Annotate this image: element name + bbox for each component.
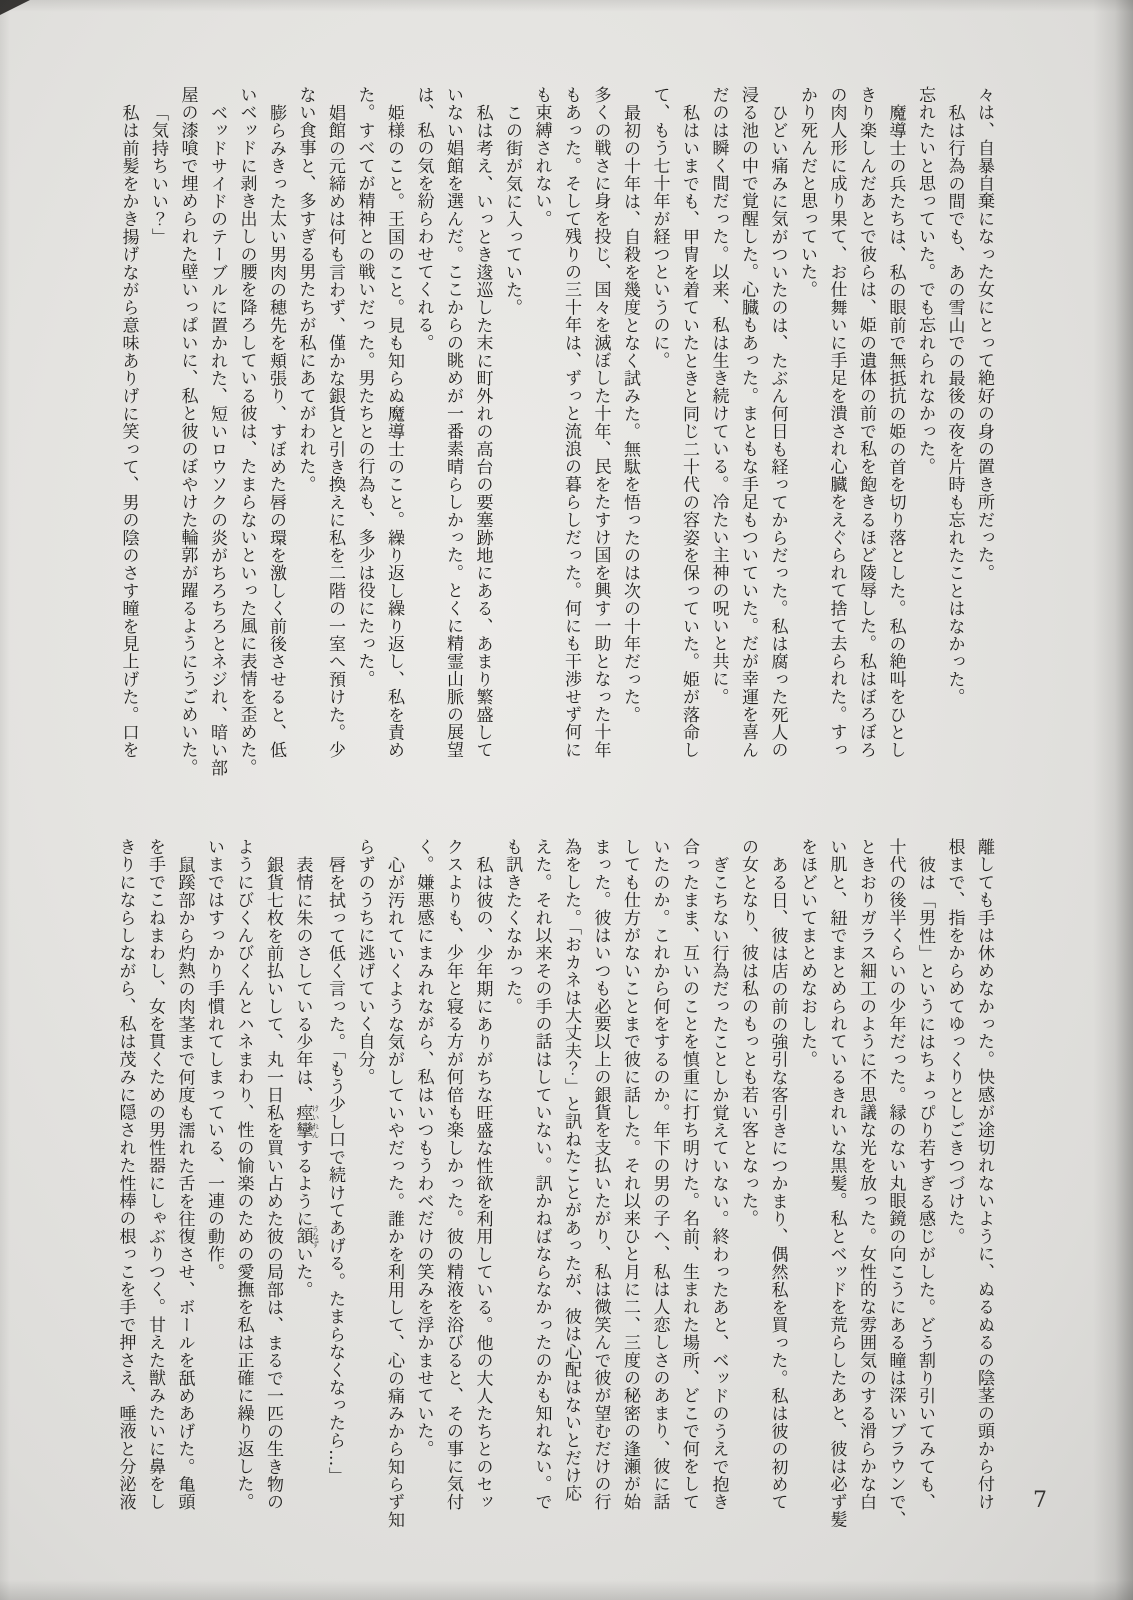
text-column: 私はいまでも、甲冑を着ていたときと同じ二十代の容姿を保っていた。姫が落命し [674,86,704,780]
text-column: いまではすっかり手慣れてしまっている、一連の動作。 [199,838,229,1532]
text-column: きりにならしながら、私は茂みに隠された性棒の根っこを手で押さえ、唾液と分泌液 [110,838,140,1532]
page-edge-shadow-right [1093,0,1133,1600]
text-column: 膨らみきった太い男肉の穂先を頬張り、すぼめた唇の環を激しく前後させると、低 [261,86,291,780]
text-column: 銀貨七枚を前払いして、丸一日私を買い占めた彼の局部は、まるで一匹の生き物の [258,838,288,1532]
text-column: ない食事と、多すぎる男たちが私にあてがわれた。 [290,86,320,780]
text-column: かり死んだと思っていた。 [792,86,822,780]
text-column: いたのか。これから何をするのか。年下の男の子へ、私は人恋しさのあまり、彼に話 [644,838,674,1532]
text-column: て、もう七十年が経つというのに。 [644,86,674,780]
text-column: も訊きたくなかった。 [497,838,527,1532]
text-column: クスよりも、少年と寝る方が何倍も楽しかった。彼の精液を浴びると、その事に気付 [438,838,468,1532]
text-column: 心が汚れていくような気がしていやだった。誰かを利用して、心の痛みから知らず知 [379,838,409,1532]
text-column: 私は彼の、少年期にありがちな旺盛な性欲を利用している。他の大人たちとのセッ [467,838,497,1532]
text-column: まった。彼はいつも必要以上の銀貨を支払いたがり、私は微笑んで彼が望むだけの行 [585,838,615,1532]
text-column: 々は、自暴自棄になった女にとって絶好の身の置き所だった。 [969,86,999,780]
text-column: 十代の後半くらいの少年だった。縁のない丸眼鏡の向こうにある瞳は深いブラウンで、 [880,838,910,1532]
text-column: 根まで、指をからめてゆっくりとしごきつづけた。 [939,838,969,1532]
text-column: もあった。そして残りの三十年は、ずっと流浪の暮らしだった。何にも干渉せず何に [556,86,586,780]
text-column: 「気持ちいい？」 [143,86,173,780]
text-column: をほどいてまとめなおした。 [792,838,822,1532]
text-column: 忘れたいと思っていた。でも忘れられなかった。 [910,86,940,780]
text-column: だのは瞬く間だった。以来、私は生き続けている。冷たい主神の呪いと共に。 [703,86,733,780]
text-column: 為をした。「おカネは大丈夫？」と訊ねたことがあったが、彼は心配はないとだけ応 [556,838,586,1532]
text-block-top: 々は、自暴自棄になった女にとって絶好の身の置き所だった。私は行為の間でも、あの雪… [113,86,998,780]
page-number: 7 [1020,1488,1060,1513]
scanned-page: 々は、自暴自棄になった女にとって絶好の身の置き所だった。私は行為の間でも、あの雪… [0,0,1133,1600]
text-column: 合ったまま、互いのことを慎重に打ち明けた。名前、生まれた場所、どこで何をして [674,838,704,1532]
page-edge-shadow-top [0,0,1133,12]
text-column: 浸る池の中で覚醒した。心臓もあった。まともな手足もついていた。だが幸運を喜ん [733,86,763,780]
text-column: 鼠蹊部から灼熱の肉茎まで何度も濡れた舌を往復させ、ボールを舐めあげた。亀頭 [169,838,199,1532]
text-column: 唇を拭って低く言った。「もう少し口で続けてあげる。たまらなくなったら…」 [320,838,350,1532]
text-column: いない娼館を選んだ。ここからの眺めが一番素晴らしかった。とくに精霊山脈の展望 [438,86,468,780]
text-column: ときおりガラス細工のように不思議な光を放った。女性的な雰囲気のする滑らかな白 [851,838,881,1532]
text-column: えた。それ以来その手の話はしていない。訊かねばならなかったのかも知れない。で [526,838,556,1532]
text-column: の女となり、彼は私のもっとも若い客となった。 [733,838,763,1532]
text-column: た。すべてが精神との戦いだった。男たちとの行為も、多少は役にたった。 [349,86,379,780]
text-column: しても仕方がないことまで彼に話した。それ以来ひと月に二、三度の秘密の逢瀬が始 [615,838,645,1532]
text-column: の肉人形に成り果て、お仕舞いに手足を潰され心臓をえぐられて捨て去られた。すっ [821,86,851,780]
text-column: く。嫌悪感にまみれながら、私はいつもうわべだけの笑みを浮かませていた。 [408,838,438,1532]
page-edge-shadow-bottom [0,1580,1133,1600]
text-column: 彼は「男性」というにはちょっぴり若すぎる感じがした。どう割り引いてみても、 [910,838,940,1532]
text-column: 最初の十年は、自殺を幾度となく試みた。無駄を悟ったのは次の十年だった。 [615,86,645,780]
text-column: 私は行為の間でも、あの雪山での最後の夜を片時も忘れたことはなかった。 [939,86,969,780]
text-column: 多くの戦さに身を投じ、国々を滅ぼした十年、民をたすけ国を興す一助となった十年 [585,86,615,780]
text-column: ようにびくんびくんとハネまわり、性の愉楽のための愛撫を私は正確に繰り返した。 [228,838,258,1532]
text-column: も束縛されない。 [526,86,556,780]
text-column: いベッドに剥き出しの腰を降ろしている彼は、たまらないといった風に表情を歪めた。 [231,86,261,780]
text-column: 魔導士の兵たちは、私の眼前で無抵抗の姫の首を切り落とした。私の絶叫をひとし [880,86,910,780]
text-column: 離しても手は休めなかった。快感が途切れないように、ぬるぬるの陰茎の頭から付け [969,838,999,1532]
text-column: い肌と、紐でまとめられているきれいな黒髪。私とベッドを荒らしたあと、彼は必ず髪 [821,838,851,1532]
page-edge-shadow-left [0,0,10,1600]
text-column: を手でこねまわし、女を貫くための男性器にしゃぶりつく。甘えた獣みたいに鼻をし [140,838,170,1532]
scan-corner-mark [0,0,30,15]
text-column: ひどい痛みに気がついたのは、たぶん何日も経ってからだった。私は腐った死人の [762,86,792,780]
text-column: らずのうちに逃げていく自分。 [349,838,379,1532]
text-column: 屋の漆喰で埋められた壁いっぱいに、私と彼のぼやけた輪郭が躍るようにうごめいた。 [172,86,202,780]
text-column: 表情に朱のさしている少年は、痙攣けいれんするように頷うなずいた。 [287,838,320,1532]
text-column: 娼館の元締めは何も言わず、僅かな銀貨と引き換えに私を二階の一室へ預けた。少 [320,86,350,780]
text-column: きり楽しんだあとで彼らは、姫の遺体の前で私を飽きるほど陵辱した。私はぼろぼろ [851,86,881,780]
text-column: 私は考え、いっとき逡巡した末に町外れの高台の要塞跡地にある、あまり繁盛して [467,86,497,780]
text-column: ある日、彼は店の前の強引な客引きにつかまり、偶然私を買った。私は彼の初めて [762,838,792,1532]
text-column: この街が気に入っていた。 [497,86,527,780]
text-block-bottom: 離しても手は休めなかった。快感が途切れないように、ぬるぬるの陰茎の頭から付け根ま… [113,838,998,1532]
text-column: ベッドサイドのテーブルに置かれた、短いロウソクの炎がちろちろとネジれ、暗い部 [202,86,232,780]
text-column: 姫様のこと。王国のこと。見も知らぬ魔導士のこと。繰り返し繰り返し、私を責め [379,86,409,780]
text-column: は、私の気を紛らわせてくれる。 [408,86,438,780]
text-column: ぎこちない行為だったことしか覚えていない。終わったあと、ベッドのうえで抱き [703,838,733,1532]
text-column: 私は前髪をかき揚げながら意味ありげに笑って、男の陰のさす瞳を見上げた。口を [113,86,143,780]
